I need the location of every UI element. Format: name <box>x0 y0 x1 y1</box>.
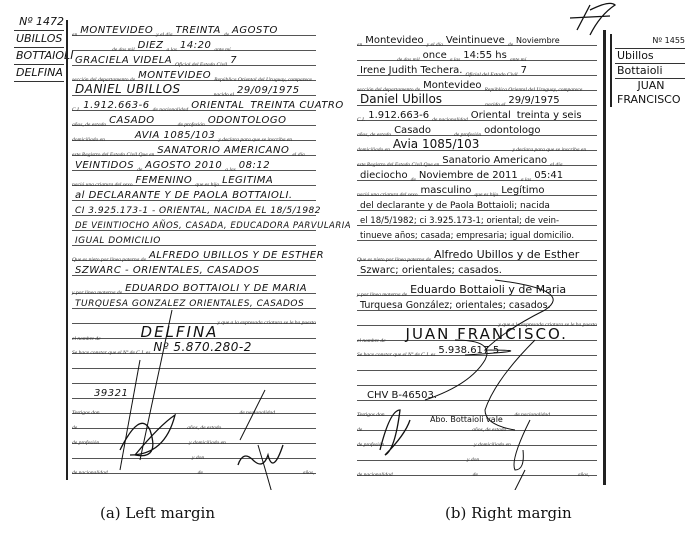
form-row: años, de estadoCasadode profesiónodontol… <box>357 120 597 136</box>
form-row: de profesióny domiciliado en <box>72 428 316 444</box>
form-row: GRACIELA VIDELAOficial del Estado Civil7 <box>72 50 316 66</box>
form-row: este Registro del Estado Civil Que enSan… <box>357 150 597 166</box>
margin-annotation: Nº 1455 Ubillos Bottaioli JUAN FRANCISCO <box>610 34 685 107</box>
form-row: Testigos donde nacionalidad <box>357 400 597 416</box>
form-row: enMONTEVIDEOy el díaTREINTAdeAGOSTO <box>72 20 316 36</box>
margin-annotation: Nº 1472 UBILLOS BOTTAIOLI DELFINA <box>14 14 64 82</box>
margin-line: UBILLOS <box>14 31 64 48</box>
form-row: Se hace constar que el Nº de C.I. esNº 5… <box>72 338 316 354</box>
form-row: el 18/5/1982; ci 3.925.173-1; oriental; … <box>357 210 597 226</box>
form-row: y que a la expresada criatura se le ha p… <box>357 310 597 326</box>
margin-line: Bottaioli <box>615 64 685 79</box>
form-row <box>357 355 597 371</box>
caption-right: (b) Right margin <box>445 504 572 522</box>
form-row: y por línea materna deEDUARDO BOTTAIOLI … <box>72 278 316 294</box>
value: Noviembre <box>516 36 560 45</box>
form-row: C.I.1.912.663-6de nacionalidadOrientaltr… <box>357 105 597 121</box>
form-row: tinueve años; casada; empresaria; igual … <box>357 225 597 241</box>
signature-note: Abo. Bottaioli vale <box>430 415 503 424</box>
form-row: domiciliado enAVIA 1085/103y declara par… <box>72 125 316 141</box>
margin-line: Ubillos <box>615 49 685 64</box>
form-row: DE VEINTIOCHO AÑOS, CASADA, EDUCADORA PA… <box>72 215 316 231</box>
form-row: Que es nieto por línea paterna deAlfredo… <box>357 245 597 261</box>
caption-left: (a) Left margin <box>100 504 215 522</box>
form-row: IGUAL DOMICILIO <box>72 230 316 246</box>
margin-line: FRANCISCO <box>615 93 685 107</box>
margin-line: JUAN <box>615 79 685 93</box>
value: Szwarc; orientales; casados. <box>360 265 502 276</box>
label: de <box>198 470 203 476</box>
form-row: dieciochodeNoviembre de 2011a las05:41 <box>357 165 597 181</box>
form-row: y por línea materna deEduardo Bottaioli … <box>357 280 597 296</box>
form-row: de nacionalidaddeaños, <box>72 458 316 474</box>
margin-line: Nº 1455 <box>615 34 685 49</box>
form-row <box>72 353 316 369</box>
form-row: deaños, de estado <box>72 413 316 429</box>
form-row: C.I.1.912.663-6de nacionalidadORIENTALTR… <box>72 95 316 111</box>
label: años, <box>303 470 315 476</box>
margin-line: Nº 1472 <box>14 14 64 31</box>
label: de nacionalidad <box>357 472 393 478</box>
form-row: años, de estadoCASADOde profesiónODONTOL… <box>72 110 316 126</box>
form-row: TURQUESA GONZALEZ ORIENTALES, CASADOS <box>72 293 316 309</box>
form-row: el nombre deDELFINA <box>72 323 316 339</box>
form-row: Testigos donde nacionalidad <box>72 398 316 414</box>
form-row: Turquesa González; orientales; casados. <box>357 295 597 311</box>
form-row: de nacionalidaddeaños, <box>357 460 597 476</box>
value: Avia 1085/103 <box>393 137 480 151</box>
form-row: de dos miloncea las14:55 hsante mí <box>357 45 597 61</box>
form-row: Se hace constar que el Nº de C.I. es5.93… <box>357 340 597 356</box>
form-row: este Registro del Estado Civil Que enSAN… <box>72 140 316 156</box>
form-row: VEINTIDOSdeAGOSTO 2010a las08:12 <box>72 155 316 171</box>
value: SZWARC - ORIENTALES, CASADOS <box>75 265 259 276</box>
form-row: Szwarc; orientales; casados. <box>357 260 597 276</box>
form-row: domiciliado enAvia 1085/103y declara par… <box>357 135 597 151</box>
value: DANIEL UBILLOS <box>75 82 181 96</box>
form-row <box>357 370 597 386</box>
form-row: nació una criatura del sexomasculinoque … <box>357 180 597 196</box>
form-row: Que es nieto por línea paterna deALFREDO… <box>72 245 316 261</box>
form-row: y don <box>357 445 597 461</box>
form-row: sección del departamento deMONTEVIDEORep… <box>72 65 316 81</box>
form-row: de dos milDIEZa las14:20ante mí <box>72 35 316 51</box>
form-row: nació una criatura del sexoFEMENINOque e… <box>72 170 316 186</box>
form-row: sección del departamento deMontevideoRep… <box>357 75 597 91</box>
value: Daniel Ubillos <box>360 92 442 106</box>
form-row: el nombre deJUAN FRANCISCO. <box>357 325 597 341</box>
figure-right-margin: 78 enMontevideoy el díaVeintinuevedeNovi… <box>345 0 685 490</box>
form-row <box>72 368 316 384</box>
form-row: y don <box>72 443 316 459</box>
form-row: CI 3.925.173-1 - ORIENTAL, NACIDA EL 18/… <box>72 200 316 216</box>
form-row: al DECLARANTE Y DE PAOLA BOTTAIOLI. <box>72 185 316 201</box>
margin-line: BOTTAIOLI <box>14 48 64 65</box>
label: de nacionalidad <box>72 470 108 476</box>
form-row: SZWARC - ORIENTALES, CASADOS <box>72 260 316 276</box>
form-row: y que a la expresada criatura se le ha p… <box>72 308 316 324</box>
form-row: 39321 <box>72 383 316 399</box>
form-row: Irene Judith Techera.Oficial del Estado … <box>357 60 597 76</box>
label: de <box>473 472 478 478</box>
margin-line: DELFINA <box>14 65 64 82</box>
value: Nº 5.870.280-2 <box>153 340 251 354</box>
figure-left-margin: Nº 1472 UBILLOS BOTTAIOLI DELFINA enMONT… <box>0 0 340 490</box>
form-row: enMontevideoy el díaVeintinuevedeNoviemb… <box>357 30 597 46</box>
label: años, <box>578 472 590 478</box>
value: tinueve años; casada; empresaria; igual … <box>360 231 574 241</box>
form-row: DANIEL UBILLOSnacido el29/09/1975 <box>72 80 316 96</box>
form-row: CHV B-46503. <box>357 385 597 401</box>
form-row: Daniel Ubillosnacido el29/9/1975 <box>357 90 597 106</box>
form-row: del declarante y de Paola Bottaioli; nac… <box>357 195 597 211</box>
form-row: de profesióny domiciliado en <box>357 430 597 446</box>
birth-certificate-form: enMONTEVIDEOy el díaTREINTAdeAGOSTO de d… <box>66 20 322 480</box>
